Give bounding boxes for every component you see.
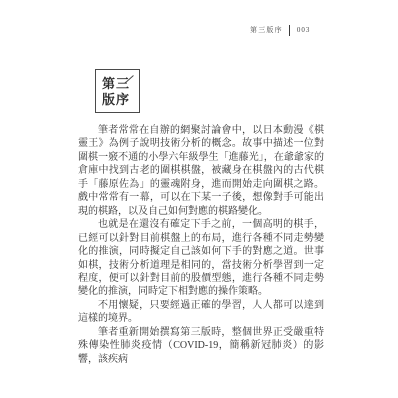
paragraph-4: 筆者重新開始撰寫第三版時，整個世界正受嚴重特殊傳染性肺炎疫情（COVID-19，… (78, 326, 324, 366)
running-title: 第三版序 (250, 25, 283, 35)
chapter-title-line-1: 第三 (102, 76, 139, 92)
page-header: 第三版序 003 (250, 23, 310, 37)
book-page: 第三版序 003 第三 版序 筆者常常在自辦的網聚討論會中，以日本動漫《棋靈王》… (0, 0, 398, 398)
header-divider (289, 25, 290, 36)
paragraph-3: 不用懷疑，只要經過正確的學習，人人都可以達到這樣的境界。 (78, 299, 324, 326)
paragraph-1: 筆者常常在自辦的網聚討論會中，以日本動漫《棋靈王》為例子說明技術分析的概念。故事… (78, 124, 324, 218)
paragraph-2: 也就是在還沒有確定下手之前，一個高明的棋手，已經可以針對目前棋盤上的布局，進行各… (78, 218, 324, 299)
body-text: 筆者常常在自辦的網聚討論會中，以日本動漫《棋靈王》為例子說明技術分析的概念。故事… (78, 124, 324, 366)
chapter-title-box: 第三 版序 (95, 69, 140, 113)
page-number: 003 (297, 26, 311, 34)
chapter-title-line-2: 版序 (102, 92, 139, 108)
